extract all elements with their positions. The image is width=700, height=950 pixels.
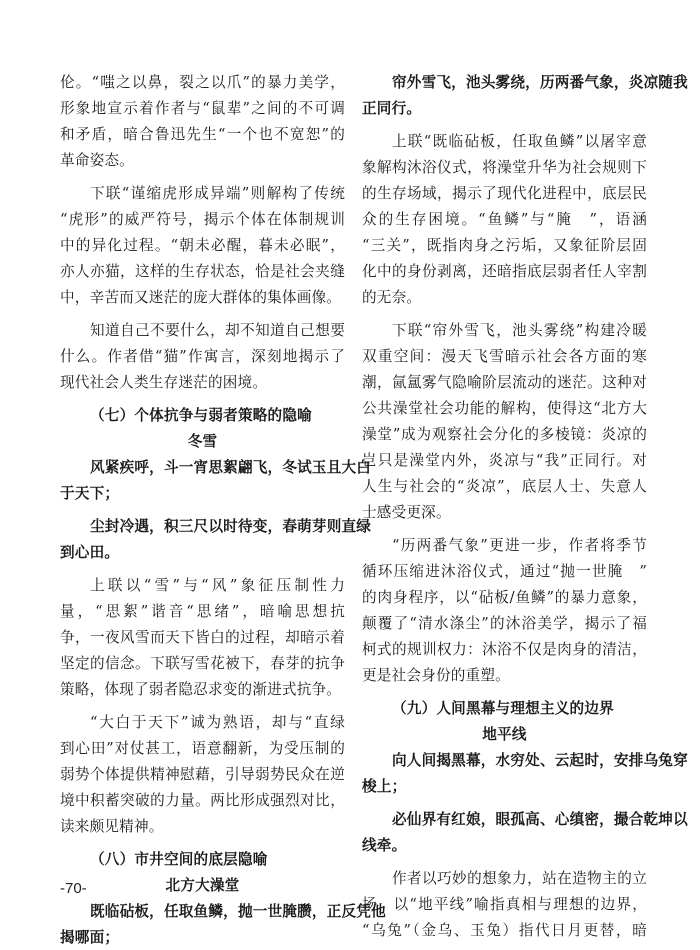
text-line: 循环压缩进沐浴仪式，通过“抛一世腌 ” (362, 559, 647, 585)
text-line: 潮，氤氲雾气隐喻阶层流动的迷茫。这种对 (362, 370, 647, 396)
section-heading: （九）人间黑幕与理想主义的边界 (362, 696, 647, 722)
paragraph-first-line: 知道自己不要什么，却不知道自己想要 (60, 318, 345, 344)
text-line: 颠覆了“清水涤尘”的沐浴美学，揭示了福 (362, 611, 647, 637)
paragraph-gap (60, 703, 345, 710)
text-line: 象解构沐浴仪式，将澡堂升华为社会规则下 (362, 155, 647, 181)
text-line: 公共澡堂社会功能的解构，使得这“北方大 (362, 396, 647, 422)
paragraph-gap (60, 174, 345, 181)
couplet-line: 既临砧板，任取鱼鳞，抛一世腌臜，正反凭他 (60, 899, 345, 925)
section-heading: （八）市井空间的底层隐喻 (60, 847, 345, 873)
text-line: “三关”，既指肉身之污垢，又象征阶层固 (362, 233, 647, 259)
text-line: 双重空间：漫天飞雪暗示社会各方面的寒 (362, 344, 647, 370)
couplet-line: 尘封冷遇，积三尺以时待变，春萌芽则直绿 (60, 514, 345, 540)
couplet-line-end: 线牵。 (362, 833, 647, 859)
paragraph-last-line: 士感受更深。 (362, 500, 647, 526)
paragraph-first-line: 下联“谨缩虎形成异端”则解构了传统 (60, 181, 345, 207)
couplet-line: 帘外雪飞，池头雾绕，历两番气象，炎凉随我 (362, 70, 647, 96)
paragraph-gap (60, 840, 345, 847)
paragraph-gap (60, 311, 345, 318)
paragraph-last-line: 中，辛苦而又迷茫的庞大群体的集体画像。 (60, 285, 345, 311)
text-line: 形象地宣示着作者与“鼠辈”之间的不可调 (60, 96, 345, 122)
text-line: 化中的身份剥离，还暗指底层弱者任人宰割 (362, 259, 647, 285)
couplet-line-end: 到心田。 (60, 540, 345, 566)
couplet-title: 北方大澡堂 (60, 873, 345, 899)
paragraph-last-line: 的无奈。 (362, 285, 647, 311)
text-line: 境中积蓄突破的力量。两比形成强烈对比， (60, 788, 345, 814)
text-line: 坚定的信念。下联写雪花被下，春芽的抗争 (60, 651, 345, 677)
text-line: 弱势个体提供精神慰藉，引导弱势民众在逆 (60, 762, 345, 788)
text-line: 到心田”对仗甚工，语意翻新，为受压制的 (60, 736, 345, 762)
text-line: 人生与社会的“炎凉”，底层人士、失意人 (362, 474, 647, 500)
text-line: 场，以“地平线”喻指真相与理想的边界， (362, 892, 647, 918)
text-line: 什么。作者借“猫”作寓言，深刻地揭示了 (60, 344, 345, 370)
paragraph-last-line: 策略，体现了弱者隐忍求变的渐进式抗争。 (60, 677, 345, 703)
paragraph-gap (60, 396, 345, 403)
text-line: 柯式的规训权力：沐浴不仅是肉身的清洁， (362, 637, 647, 663)
couplet-line-end: 揭哪面； (60, 925, 345, 950)
couplet-line-end: 于天下； (60, 481, 345, 507)
paragraph-first-line: 上联以“雪”与“风”象征压制性力 (60, 573, 345, 599)
paragraph-gap (362, 800, 647, 807)
couplet-line: 向人间揭黑幕，水穷处、云起时，安排乌兔穿 (362, 748, 647, 774)
paragraph-gap (60, 566, 345, 573)
text-line: 众的生存困境。“鱼鳞”与“腌 ”，语涵 (362, 207, 647, 233)
text-line: 中的异化过程。“朝未必醒，暮未必眠”， (60, 233, 345, 259)
text-line: 的肉身程序，以“砧板/鱼鳞”的暴力意象， (362, 585, 647, 611)
couplet-line-end: 梭上； (362, 774, 647, 800)
paragraph-gap (362, 689, 647, 696)
paragraph-last-line: 现代社会人类生存迷茫的困境。 (60, 370, 345, 396)
paragraph-first-line: “大白于天下”诚为熟语，却与“直绿 (60, 710, 345, 736)
text-line: “乌兔”（金乌、玉兔）指代日月更替，暗 (362, 918, 647, 944)
paragraph-gap (60, 507, 345, 514)
couplet-line: 风紧疾呼，斗一宵思絮翩飞，冬试玉且大白 (60, 455, 345, 481)
text-line: 和矛盾，暗合鲁迅先生“一个也不宽恕”的 (60, 122, 345, 148)
text-line: 争，一夜风雪而天下皆白的过程，却暗示着 (60, 625, 345, 651)
paragraph-last-line: 读来颇见精神。 (60, 814, 345, 840)
left-column: 伦。“嗤之以鼻，裂之以爪”的暴力美学，形象地宣示着作者与“鼠辈”之间的不可调和矛… (60, 70, 345, 950)
text-line: 亦人亦猫，这样的生存状态，恰是社会夹缝 (60, 259, 345, 285)
text-line: “虎形”的威严符号，揭示个体在体制规训 (60, 207, 345, 233)
paragraph-first-line: 上联“既临砧板，任取鱼鳞”以屠宰意 (362, 129, 647, 155)
paragraph-gap (362, 311, 647, 318)
text-line: 岂只是澡堂内外，炎凉与“我”正同行。对 (362, 448, 647, 474)
paragraph-first-line: “历两番气象”更进一步，作者将季节 (362, 533, 647, 559)
section-heading: （七）个体抗争与弱者策略的隐喻 (60, 403, 345, 429)
text-line: 伦。“嗤之以鼻，裂之以爪”的暴力美学， (60, 70, 345, 96)
couplet-line: 必仙界有红娘，眼孤高、心缜密，撮合乾坤以 (362, 807, 647, 833)
text-line: 量，“思絮”谐音“思绪”，暗喻思想抗 (60, 599, 345, 625)
paragraph-gap (362, 122, 647, 129)
couplet-line-end: 正同行。 (362, 96, 647, 122)
paragraph-gap (362, 859, 647, 866)
text-line: 澡堂”成为观察社会分化的多棱镜：炎凉的 (362, 422, 647, 448)
couplet-title: 冬雪 (60, 429, 345, 455)
paragraph-last-line: 更是社会身份的重塑。 (362, 663, 647, 689)
text-line: 的生存场域，揭示了现代化进程中，底层民 (362, 181, 647, 207)
right-column: 帘外雪飞，池头雾绕，历两番气象，炎凉随我正同行。上联“既临砧板，任取鱼鳞”以屠宰… (362, 70, 647, 944)
paragraph-first-line: 作者以巧妙的想象力，站在造物主的立 (362, 866, 647, 892)
paragraph-last-line: 革命姿态。 (60, 148, 345, 174)
paragraph-gap (362, 526, 647, 533)
page-number: -70- (60, 880, 87, 897)
couplet-title: 地平线 (362, 722, 647, 748)
paragraph-first-line: 下联“帘外雪飞，池头雾绕”构建冷暖 (362, 318, 647, 344)
